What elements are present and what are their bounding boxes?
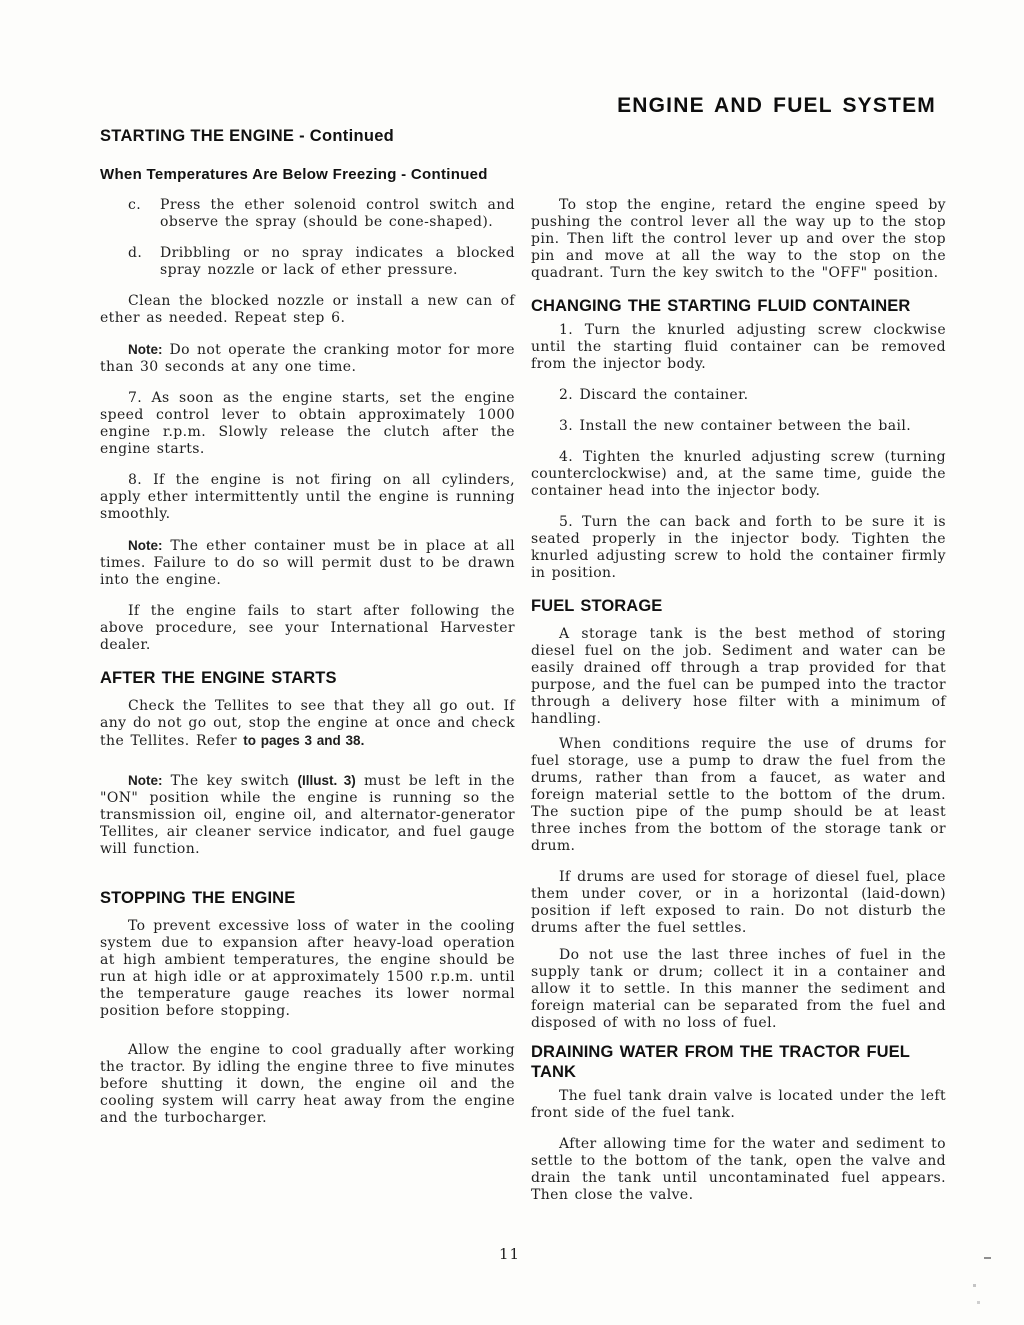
body-text: 1. Turn the knurled adjusting screw cloc… — [531, 322, 946, 372]
body-text: After allowing time for the water and se… — [531, 1136, 946, 1203]
body-text: Clean the blocked nozzle or install a ne… — [100, 293, 515, 326]
scan-artifact — [977, 1301, 980, 1304]
paragraph: Allow the engine to cool gradually after… — [100, 1042, 515, 1127]
body-text: Allow the engine to cool gradually after… — [100, 1042, 515, 1126]
body-text: 4. Tighten the knurled adjusting screw (… — [531, 449, 946, 499]
body-text: A storage tank is the best method of sto… — [531, 626, 946, 727]
scan-artifact — [984, 1257, 991, 1259]
emphasis-text: Note: — [128, 538, 163, 553]
body-text: Do not use the last three inches of fuel… — [531, 947, 946, 1031]
paragraph: Check the Tellites to see that they all … — [100, 698, 515, 750]
scan-artifact — [973, 1284, 976, 1287]
paragraph: Do not use the last three inches of fuel… — [531, 947, 946, 1032]
body-text: FUEL STORAGE — [531, 597, 662, 615]
column-section-heading: DRAINING WATER FROM THE TRACTOR FUEL TAN… — [531, 1042, 946, 1082]
paragraph: Note: The ether container must be in pla… — [100, 537, 515, 589]
paragraph: 4. Tighten the knurled adjusting screw (… — [531, 449, 946, 500]
lettered-step: d.Dribbling or no spray indicates a bloc… — [100, 245, 515, 279]
paragraph: After allowing time for the water and se… — [531, 1136, 946, 1204]
emphasis-text: (Illust. 3) — [297, 773, 355, 788]
body-text: The fuel tank drain valve is located und… — [531, 1088, 946, 1121]
manual-page: ENGINE AND FUEL SYSTEM STARTING THE ENGI… — [0, 0, 1024, 1325]
emphasis-text: Note: — [128, 773, 163, 788]
body-text: If drums are used for storage of diesel … — [531, 869, 946, 936]
lettered-step: c.Press the ether solenoid control switc… — [100, 197, 515, 231]
paragraph: Note: The key switch (Illust. 3) must be… — [100, 772, 515, 858]
body-text: 2. Discard the container. — [559, 387, 749, 403]
paragraph: If the engine fails to start after follo… — [100, 603, 515, 654]
body-text: 3. Install the new container between the… — [559, 418, 911, 434]
body-text: 5. Turn the can back and forth to be sur… — [531, 514, 946, 581]
body-text: 8. If the engine is not firing on all cy… — [100, 472, 515, 522]
chapter-subsection-heading: When Temperatures Are Below Freezing - C… — [100, 166, 488, 183]
emphasis-text: Note: — [128, 342, 163, 357]
column-section-heading: AFTER THE ENGINE STARTS — [100, 668, 515, 688]
body-text: When conditions require the use of drums… — [531, 736, 946, 854]
emphasis-text: to pages 3 and 38. — [243, 733, 364, 748]
paragraph: Clean the blocked nozzle or install a ne… — [100, 293, 515, 327]
paragraph: To prevent excessive loss of water in th… — [100, 918, 515, 1020]
body-text: Press the ether solenoid control switch … — [160, 197, 515, 230]
body-text: The ether container must be in place at … — [100, 538, 515, 588]
paragraph: A storage tank is the best method of sto… — [531, 626, 946, 728]
paragraph: 5. Turn the can back and forth to be sur… — [531, 514, 946, 582]
body-text: Do not operate the cranking motor for mo… — [100, 342, 515, 375]
step-letter: d. — [128, 245, 142, 262]
paragraph: 2. Discard the container. — [531, 387, 946, 404]
paragraph: To stop the engine, retard the engine sp… — [531, 197, 946, 282]
body-text: Dribbling or no spray indicates a blocke… — [160, 245, 515, 278]
paragraph: The fuel tank drain valve is located und… — [531, 1088, 946, 1122]
paragraph: Note: Do not operate the cranking motor … — [100, 341, 515, 376]
body-text: To prevent excessive loss of water in th… — [100, 918, 515, 1019]
column-section-heading: STOPPING THE ENGINE — [100, 888, 515, 908]
paragraph: 7. As soon as the engine starts, set the… — [100, 390, 515, 458]
body-text: The key switch — [163, 773, 298, 789]
body-text: 7. As soon as the engine starts, set the… — [100, 390, 515, 457]
step-letter: c. — [128, 197, 141, 214]
right-column: To stop the engine, retard the engine sp… — [531, 197, 946, 1218]
left-column: c.Press the ether solenoid control switc… — [100, 197, 515, 1141]
paragraph: 3. Install the new container between the… — [531, 418, 946, 435]
body-text: If the engine fails to start after follo… — [100, 603, 515, 653]
chapter-section-heading: STARTING THE ENGINE - Continued — [100, 127, 394, 146]
column-section-heading: FUEL STORAGE — [531, 596, 946, 616]
body-text: STOPPING THE ENGINE — [100, 889, 295, 907]
body-text: To stop the engine, retard the engine sp… — [531, 197, 946, 281]
body-text: AFTER THE ENGINE STARTS — [100, 669, 337, 687]
paragraph: 8. If the engine is not firing on all cy… — [100, 472, 515, 523]
column-section-heading: CHANGING THE STARTING FLUID CONTAINER — [531, 296, 946, 316]
body-text: CHANGING THE STARTING FLUID CONTAINER — [531, 297, 910, 315]
paragraph: When conditions require the use of drums… — [531, 736, 946, 855]
paragraph: 1. Turn the knurled adjusting screw cloc… — [531, 322, 946, 373]
body-text: DRAINING WATER FROM THE TRACTOR FUEL TAN… — [531, 1043, 910, 1081]
paragraph: If drums are used for storage of diesel … — [531, 869, 946, 937]
page-title: ENGINE AND FUEL SYSTEM — [617, 94, 936, 118]
page-number: 11 — [499, 1245, 520, 1263]
